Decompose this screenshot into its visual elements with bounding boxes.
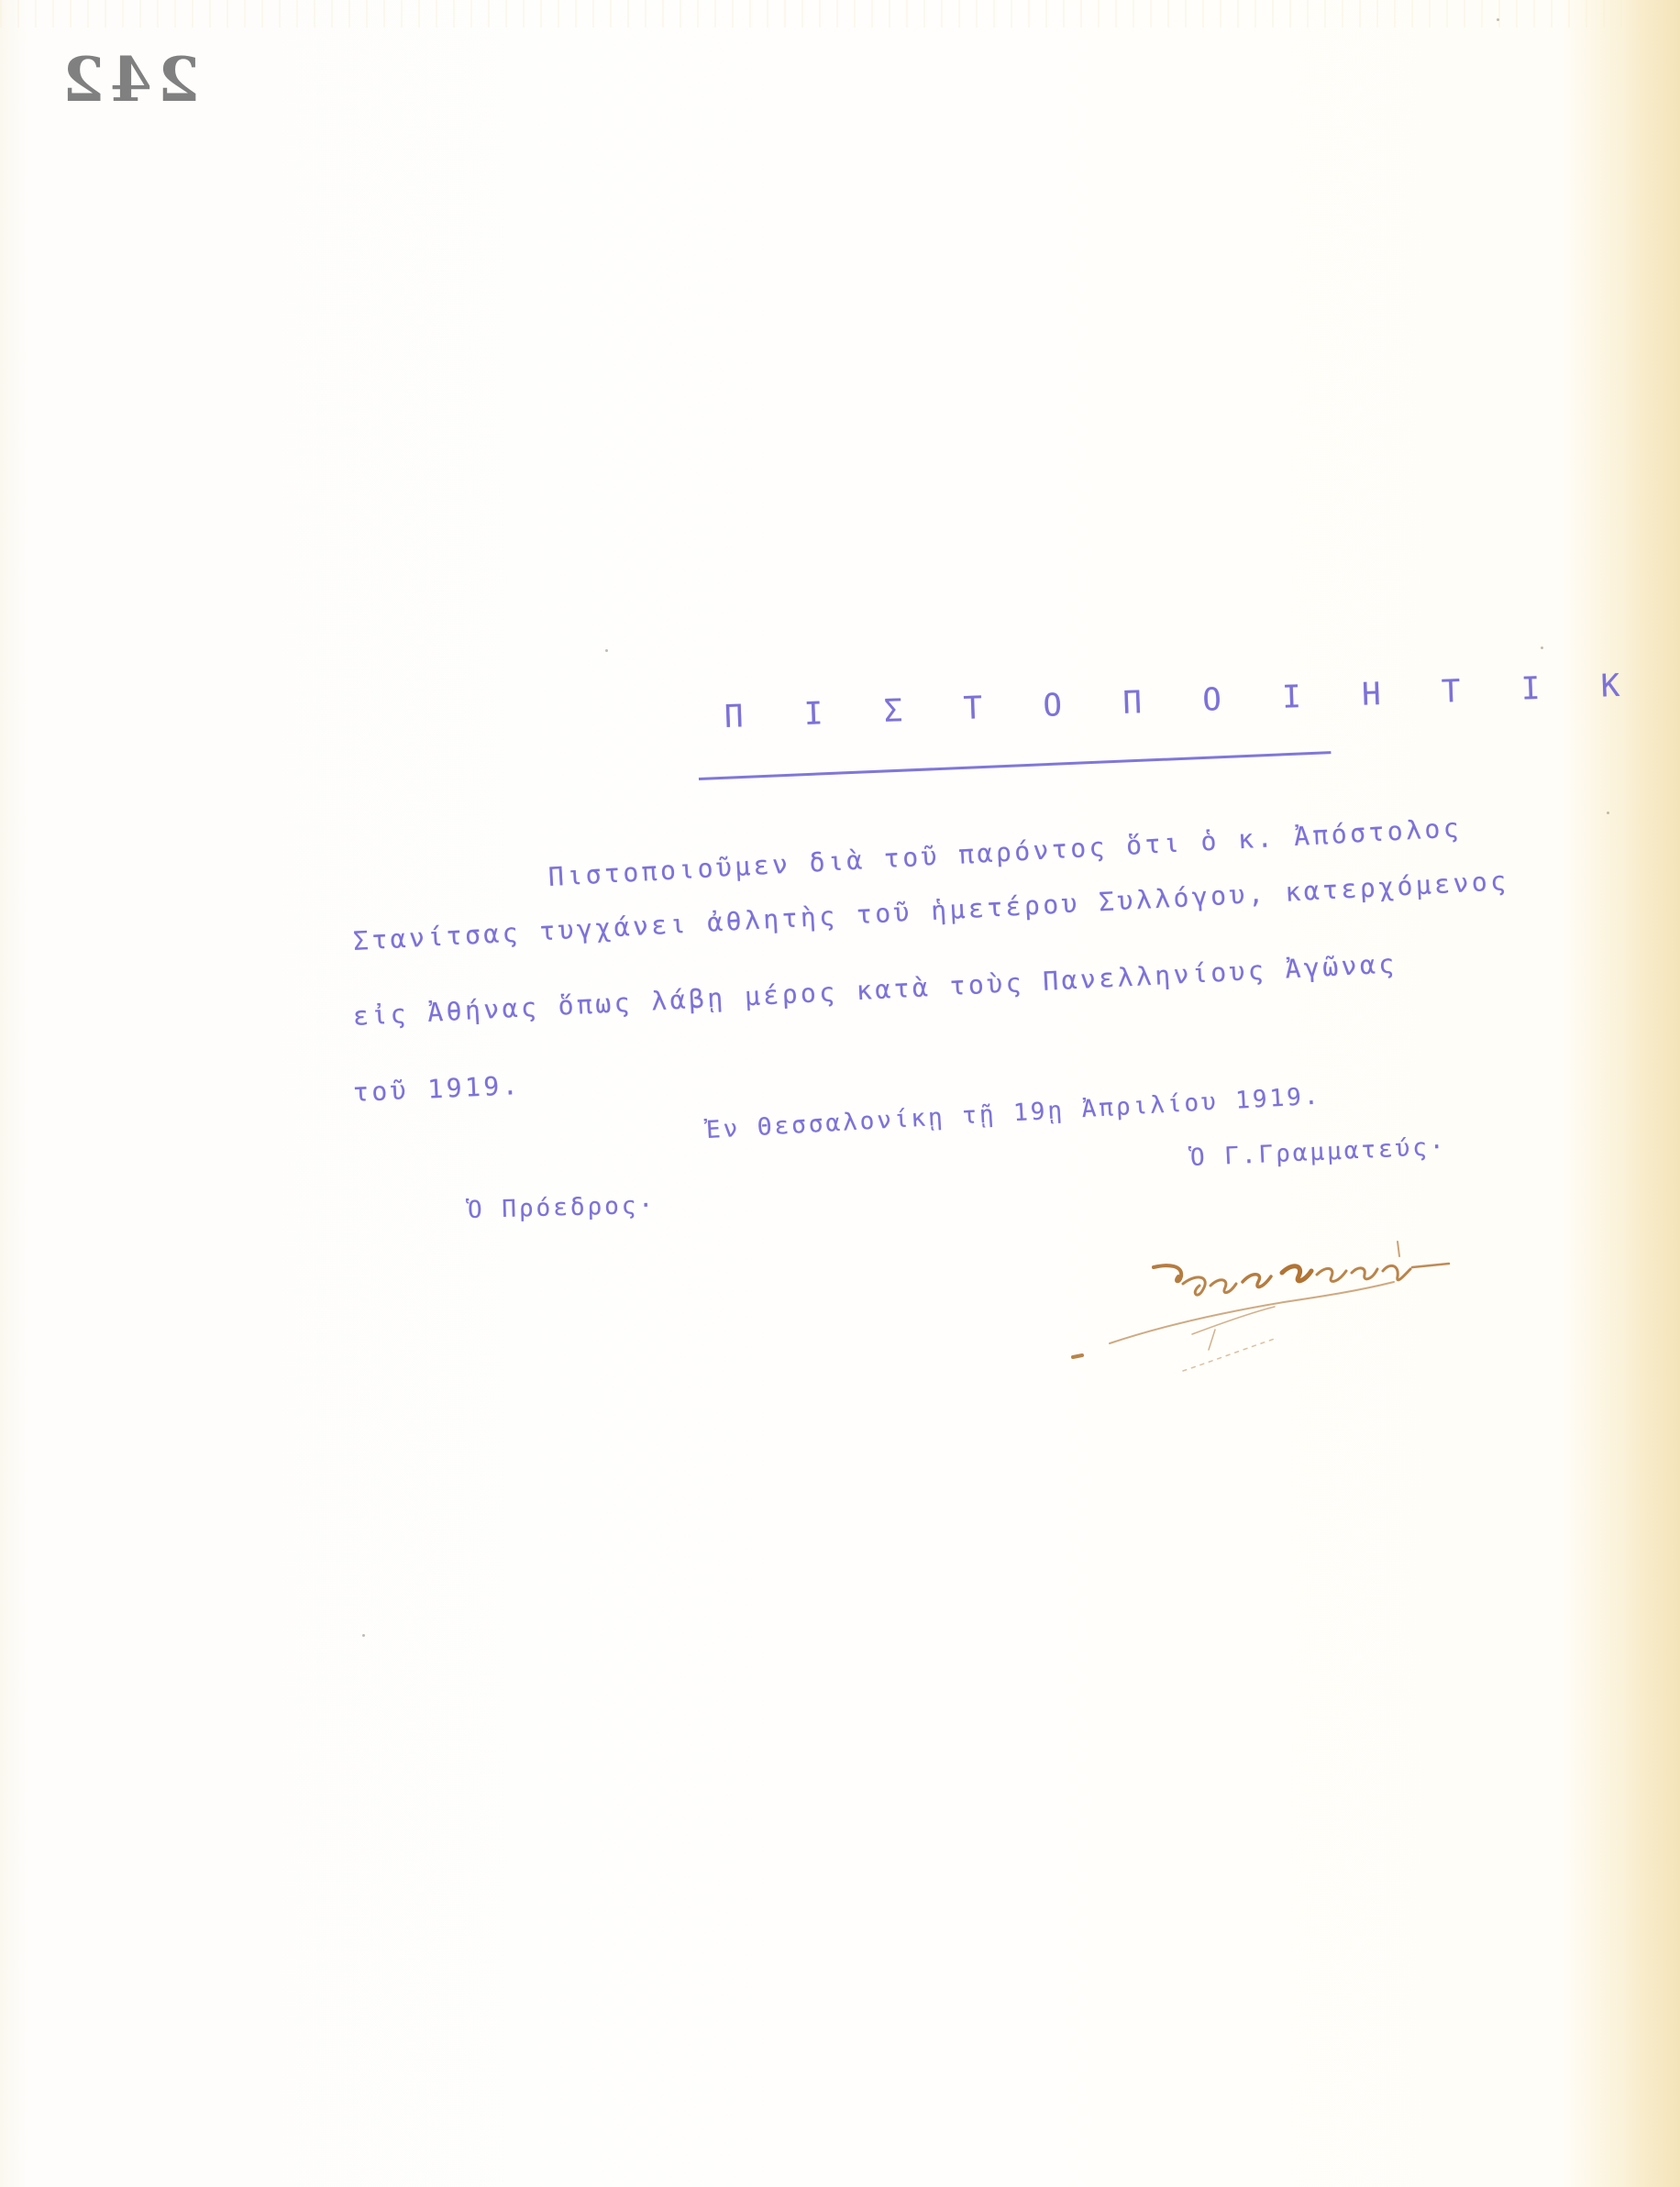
paper-background: [0, 0, 1680, 2187]
paper-speck: [1607, 812, 1609, 814]
page-number-stamp: 242: [57, 44, 200, 116]
signature-icon: [1045, 1229, 1486, 1385]
paper-speck: [1541, 646, 1543, 649]
paper-speck: [1497, 18, 1499, 21]
paper-speck: [362, 1634, 365, 1637]
paper-speck: [605, 649, 608, 652]
paper-right-edge: [1623, 0, 1680, 2187]
president-label: Ὁ Πρόεδρος·: [468, 1192, 657, 1224]
paper-top-fringe: [0, 0, 1680, 28]
